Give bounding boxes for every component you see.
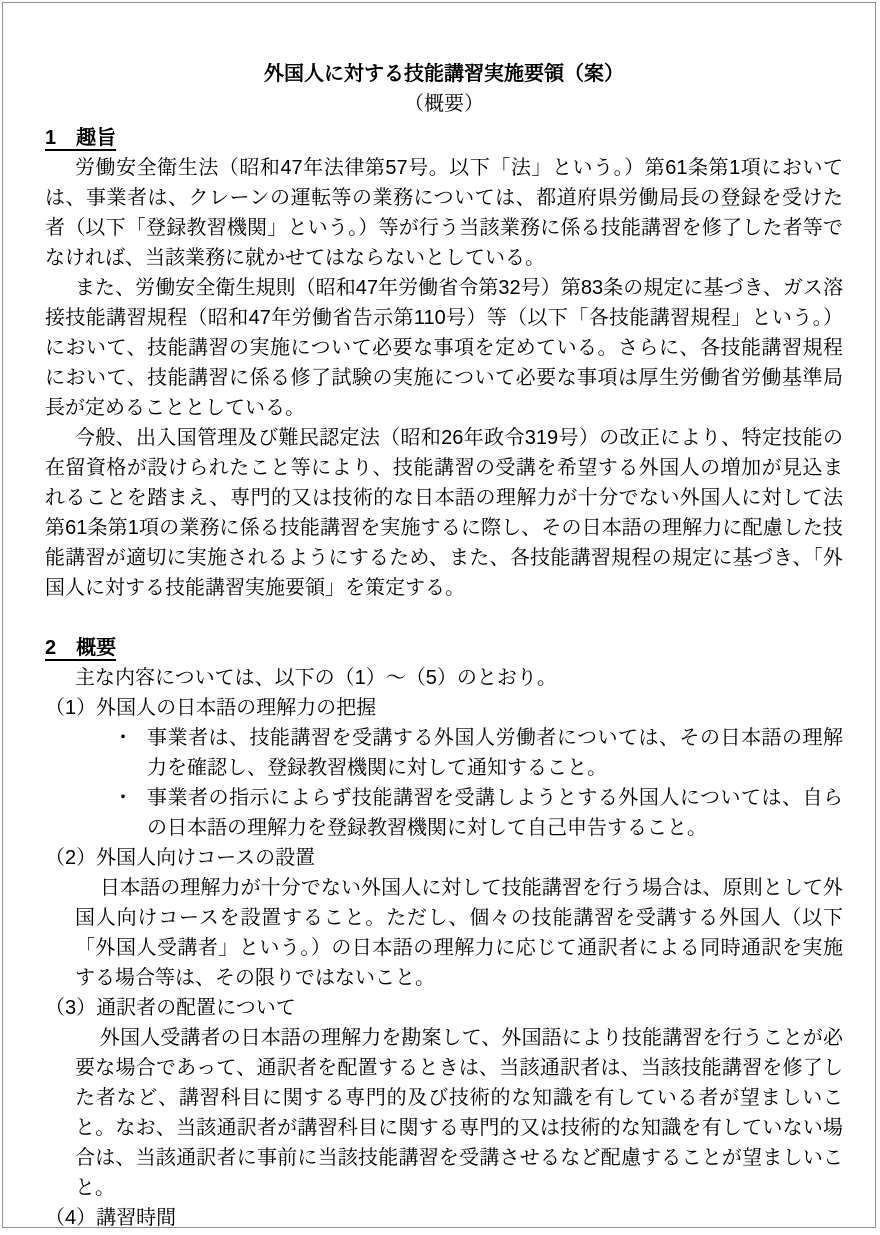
section-heading-1: 1 趣旨	[45, 123, 843, 153]
item-2-label: （2）	[45, 847, 96, 869]
item-3-heading: （3）通訳者の配置について	[45, 993, 843, 1023]
paragraph: 今般、出入国管理及び難民認定法（昭和26年政令319号）の改正により、特定技能の…	[45, 423, 843, 603]
item-4-title: 講習時間	[96, 1207, 176, 1227]
document-title: 外国人に対する技能講習実施要領（案）	[45, 59, 843, 89]
section-heading-2-text: 2 概要	[45, 637, 116, 659]
item-3-label: （3）	[45, 997, 96, 1019]
bullet-icon: ・	[113, 723, 147, 783]
item-4-heading: （4）講習時間	[45, 1203, 843, 1227]
paragraph: また、労働安全衛生規則（昭和47年労働省令第32号）第83条の規定に基づき、ガス…	[45, 273, 843, 423]
item-3-body: 外国人受講者の日本語の理解力を勘案して、外国語により技能講習を行うことが必要な場…	[75, 1023, 843, 1203]
section-heading-1-text: 1 趣旨	[45, 127, 116, 149]
bullet-text: 事業者は、技能講習を受講する外国人労働者については、その日本語の理解力を確認し、…	[147, 723, 843, 783]
list-item: ・ 事業者は、技能講習を受講する外国人労働者については、その日本語の理解力を確認…	[113, 723, 843, 783]
item-3-title: 通訳者の配置について	[96, 997, 296, 1019]
item-1-heading: （1）外国人の日本語の理解力の把握	[45, 693, 843, 723]
item-4-label: （4）	[45, 1207, 96, 1227]
section-intro: 主な内容については、以下の（1）～（5）のとおり。	[45, 663, 843, 693]
item-2-title: 外国人向けコースの設置	[96, 847, 315, 869]
item-1-title: 外国人の日本語の理解力の把握	[96, 697, 376, 719]
document-subtitle: （概要）	[45, 89, 843, 119]
document-page: 外国人に対する技能講習実施要領（案） （概要） 1 趣旨 労働安全衛生法（昭和4…	[3, 3, 875, 1227]
page-border: 外国人に対する技能講習実施要領（案） （概要） 1 趣旨 労働安全衛生法（昭和4…	[2, 2, 876, 1228]
bullet-text: 事業者の指示によらず技能講習を受講しようとする外国人については、自らの日本語の理…	[147, 783, 843, 843]
item-1-label: （1）	[45, 697, 96, 719]
section-heading-2: 2 概要	[45, 633, 843, 663]
list-item: ・ 事業者の指示によらず技能講習を受講しようとする外国人については、自らの日本語…	[113, 783, 843, 843]
item-2-heading: （2）外国人向けコースの設置	[45, 843, 843, 873]
paragraph: 労働安全衛生法（昭和47年法律第57号。以下「法」という。）第61条第1項におい…	[45, 153, 843, 273]
item-2-body: 日本語の理解力が十分でない外国人に対して技能講習を行う場合は、原則として外国人向…	[75, 873, 843, 993]
bullet-icon: ・	[113, 783, 147, 843]
